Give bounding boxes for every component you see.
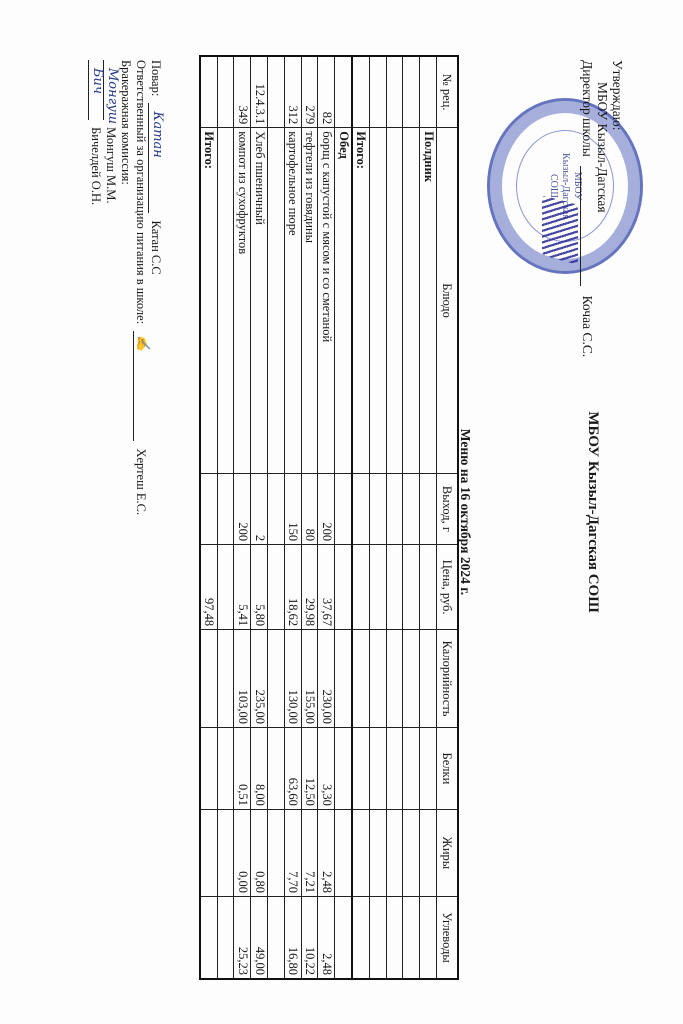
cell-carbs: 10,22 bbox=[301, 897, 318, 979]
cell-dish: Полдник bbox=[420, 128, 437, 474]
cell-dish bbox=[268, 128, 285, 474]
table-row: Полдник bbox=[420, 56, 437, 979]
responsible-row: Ответственный за организацию питания в ш… bbox=[133, 60, 148, 515]
cell-carbs bbox=[268, 897, 285, 979]
table-row: Обед bbox=[335, 56, 352, 979]
cell-proteins: 8,00 bbox=[251, 727, 268, 809]
cell-price: 5,41 bbox=[234, 545, 251, 630]
member2-signature-line: Бич bbox=[88, 60, 101, 120]
table-row: 82борщ с капустой с мясом и со сметаной2… bbox=[318, 56, 335, 979]
table-row: Итого:97,48 bbox=[200, 56, 217, 979]
cell-dish bbox=[386, 128, 403, 474]
school-title: МБОУ Кызыл-Дагская СОШ bbox=[584, 0, 601, 1024]
cell-price: 5,80 bbox=[251, 545, 268, 630]
cell-carbs bbox=[420, 897, 437, 979]
director-signature bbox=[542, 195, 578, 265]
cell-output: 2 bbox=[251, 473, 268, 544]
cell-fats bbox=[268, 809, 285, 896]
cook-row: Повар: Катан Катан С.С bbox=[148, 60, 163, 515]
cell-price bbox=[403, 545, 420, 630]
cell-output: 80 bbox=[301, 473, 318, 544]
responsible-label: Ответственный за организацию питания в ш… bbox=[134, 60, 148, 324]
menu-title: Меню на 16 октября 2024 г. bbox=[457, 0, 473, 1024]
cell-fats bbox=[369, 809, 386, 896]
cell-price: 97,48 bbox=[200, 545, 217, 630]
cell-fats: 0,80 bbox=[251, 809, 268, 896]
cell-proteins bbox=[268, 727, 285, 809]
cook-signature-line: Катан bbox=[148, 103, 161, 213]
cell-recipe-number: 82 bbox=[318, 56, 335, 128]
cell-calories: 235,00 bbox=[251, 630, 268, 728]
cell-dish: борщ с капустой с мясом и со сметаной bbox=[318, 128, 335, 474]
cell-carbs bbox=[352, 897, 369, 979]
cell-output bbox=[200, 473, 217, 544]
cell-proteins bbox=[217, 727, 234, 809]
cell-carbs bbox=[335, 897, 352, 979]
col-dish: Блюдо bbox=[437, 128, 459, 474]
cell-output bbox=[335, 473, 352, 544]
col-price: Цена, руб. bbox=[437, 545, 459, 630]
table-row: Итого: bbox=[352, 56, 369, 979]
cell-carbs: 16,80 bbox=[284, 897, 301, 979]
cook-signature: Катан bbox=[150, 111, 165, 157]
cell-price bbox=[335, 545, 352, 630]
table-row: 12.4.3.1Хлеб пшеничный25,80235,008,000,8… bbox=[251, 56, 268, 979]
cell-calories bbox=[403, 630, 420, 728]
cell-price: 29,98 bbox=[301, 545, 318, 630]
table-row: 312картофельное пюре15018,62130,0063,607… bbox=[284, 56, 301, 979]
cell-carbs: 2,48 bbox=[318, 897, 335, 979]
cell-calories: 103,00 bbox=[234, 630, 251, 728]
cell-output bbox=[268, 473, 285, 544]
cell-price bbox=[386, 545, 403, 630]
stamp-text-3: СОШ bbox=[547, 174, 559, 198]
cell-fats bbox=[420, 809, 437, 896]
cell-proteins: 12,50 bbox=[301, 727, 318, 809]
member2-row: Бич Бичелдей О.Н. bbox=[88, 60, 103, 515]
cell-calories bbox=[369, 630, 386, 728]
cell-carbs bbox=[217, 897, 234, 979]
cell-proteins bbox=[369, 727, 386, 809]
cell-dish: Хлеб пшеничный bbox=[251, 128, 268, 474]
member2-signature: Бич bbox=[90, 68, 105, 94]
cell-carbs bbox=[386, 897, 403, 979]
cell-fats: 2,48 bbox=[318, 809, 335, 896]
cell-proteins bbox=[200, 727, 217, 809]
commission-label: Бракеражная комиссия: bbox=[119, 60, 133, 185]
cell-carbs: 49,00 bbox=[251, 897, 268, 979]
cell-dish: Итого: bbox=[200, 128, 217, 474]
cell-calories bbox=[335, 630, 352, 728]
cell-price: 18,62 bbox=[284, 545, 301, 630]
cell-carbs bbox=[403, 897, 420, 979]
cell-carbs: 25,23 bbox=[234, 897, 251, 979]
table-row: 349компот из сухофруктов2005,41103,000,5… bbox=[234, 56, 251, 979]
cell-price bbox=[268, 545, 285, 630]
cell-dish bbox=[369, 128, 386, 474]
cell-recipe-number bbox=[386, 56, 403, 128]
table-row bbox=[369, 56, 386, 979]
cell-recipe-number bbox=[268, 56, 285, 128]
cell-calories bbox=[420, 630, 437, 728]
member2-name: Бичелдей О.Н. bbox=[89, 127, 103, 205]
cell-recipe-number bbox=[369, 56, 386, 128]
cell-recipe-number bbox=[200, 56, 217, 128]
approved-label: Утверждаю: bbox=[610, 60, 625, 357]
cell-calories bbox=[352, 630, 369, 728]
cell-proteins: 0,51 bbox=[234, 727, 251, 809]
menu-document: МБОУ Кызыл-Дагская СОШ Утверждаю: МБОУ К… bbox=[0, 0, 683, 1024]
cell-price: 37,67 bbox=[318, 545, 335, 630]
member1-row: Монгуш Монгуш М.М. bbox=[103, 60, 118, 515]
cell-price bbox=[352, 545, 369, 630]
cell-fats bbox=[335, 809, 352, 896]
cell-dish: Итого: bbox=[352, 128, 369, 474]
cell-proteins: 63,60 bbox=[284, 727, 301, 809]
cell-price bbox=[369, 545, 386, 630]
cell-calories: 130,00 bbox=[284, 630, 301, 728]
cell-calories bbox=[217, 630, 234, 728]
cell-fats bbox=[200, 809, 217, 896]
commission-row: Бракеражная комиссия: bbox=[118, 60, 133, 515]
cell-proteins bbox=[335, 727, 352, 809]
cell-output bbox=[217, 473, 234, 544]
cell-fats bbox=[352, 809, 369, 896]
cell-dish: картофельное пюре bbox=[284, 128, 301, 474]
cell-proteins bbox=[420, 727, 437, 809]
member1-signature: Монгуш bbox=[105, 68, 120, 124]
col-proteins: Белки bbox=[437, 727, 459, 809]
cell-price bbox=[420, 545, 437, 630]
cell-recipe-number bbox=[403, 56, 420, 128]
director-signature-line bbox=[580, 166, 581, 286]
cell-recipe-number bbox=[217, 56, 234, 128]
col-calories: Калорийность bbox=[437, 630, 459, 728]
table-row bbox=[268, 56, 285, 979]
menu-table-body: ПолдникИтого:Обед82борщ с капустой с мяс… bbox=[200, 56, 437, 979]
cell-recipe-number bbox=[352, 56, 369, 128]
table-row: 279тефтели из говядины8029,98155,0012,50… bbox=[301, 56, 318, 979]
cell-fats bbox=[217, 809, 234, 896]
cell-price bbox=[217, 545, 234, 630]
cell-output: 200 bbox=[234, 473, 251, 544]
cook-label: Повар: bbox=[149, 60, 163, 96]
cell-calories bbox=[268, 630, 285, 728]
cell-proteins bbox=[386, 727, 403, 809]
cell-dish: компот из сухофруктов bbox=[234, 128, 251, 474]
cell-proteins bbox=[403, 727, 420, 809]
cell-recipe-number: 349 bbox=[234, 56, 251, 128]
menu-table: № рец. Блюдо Выход, г Цена, руб. Калорий… bbox=[199, 55, 459, 980]
cell-calories bbox=[386, 630, 403, 728]
cell-recipe-number: 279 bbox=[301, 56, 318, 128]
cell-recipe-number bbox=[420, 56, 437, 128]
cell-carbs bbox=[369, 897, 386, 979]
table-row bbox=[403, 56, 420, 979]
cell-calories: 230,00 bbox=[318, 630, 335, 728]
col-carbs: Углеводы bbox=[437, 897, 459, 979]
member1-name: Монгуш М.М. bbox=[104, 127, 118, 203]
cell-output bbox=[403, 473, 420, 544]
cell-dish bbox=[403, 128, 420, 474]
cell-fats bbox=[386, 809, 403, 896]
responsible-signature: ✍ bbox=[135, 335, 150, 351]
cell-recipe-number bbox=[335, 56, 352, 128]
cell-output: 150 bbox=[284, 473, 301, 544]
cell-fats: 7,21 bbox=[301, 809, 318, 896]
cell-recipe-number: 312 bbox=[284, 56, 301, 128]
cook-name: Катан С.С bbox=[149, 221, 163, 275]
table-row bbox=[217, 56, 234, 979]
cell-carbs bbox=[200, 897, 217, 979]
table-header-row: № рец. Блюдо Выход, г Цена, руб. Калорий… bbox=[437, 56, 459, 979]
col-recipe-number: № рец. bbox=[437, 56, 459, 128]
cell-calories: 155,00 bbox=[301, 630, 318, 728]
cell-dish: Обед bbox=[335, 128, 352, 474]
col-fats: Жиры bbox=[437, 809, 459, 896]
cell-dish: тефтели из говядины bbox=[301, 128, 318, 474]
cell-fats: 0,00 bbox=[234, 809, 251, 896]
cell-output bbox=[386, 473, 403, 544]
cell-calories bbox=[200, 630, 217, 728]
col-output: Выход, г bbox=[437, 473, 459, 544]
cell-dish bbox=[217, 128, 234, 474]
cell-recipe-number: 12.4.3.1 bbox=[251, 56, 268, 128]
table-row bbox=[386, 56, 403, 979]
responsible-signature-line: ✍ bbox=[133, 331, 146, 441]
cell-output bbox=[420, 473, 437, 544]
cell-proteins bbox=[352, 727, 369, 809]
cell-output: 200 bbox=[318, 473, 335, 544]
cell-proteins: 3,30 bbox=[318, 727, 335, 809]
signatures-block: Повар: Катан Катан С.С Ответственный за … bbox=[88, 60, 163, 515]
cell-output bbox=[369, 473, 386, 544]
cell-output bbox=[352, 473, 369, 544]
cell-fats bbox=[403, 809, 420, 896]
cell-fats: 7,70 bbox=[284, 809, 301, 896]
responsible-name: Хертеш Е.С. bbox=[134, 448, 148, 515]
